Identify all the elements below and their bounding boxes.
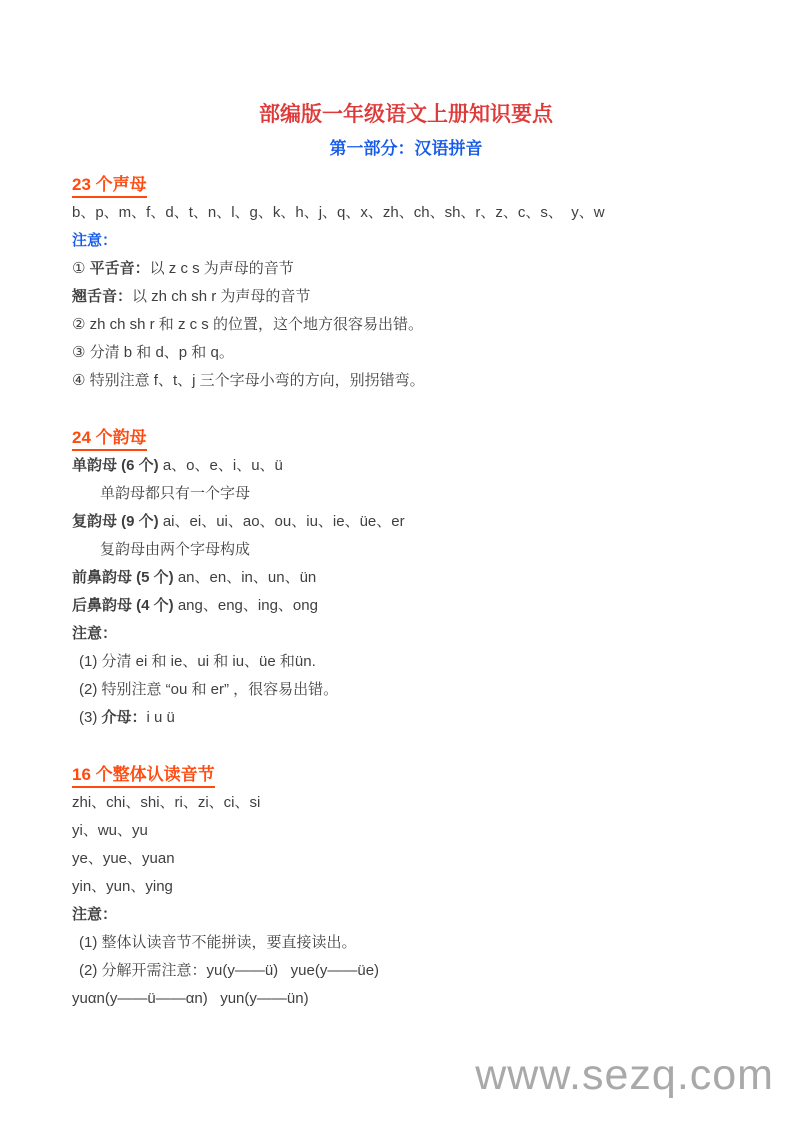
text-run: 以 zh ch sh r 为声母的音节: [132, 288, 310, 305]
text-run: a、o、e、i、u、ü: [163, 457, 283, 474]
text-run: 注意：: [72, 906, 117, 923]
text-run: (1) 整体认读音节不能拼读，要直接读出。: [79, 934, 357, 951]
section-heading: 23 个声母: [72, 175, 147, 198]
document-title: 部编版一年级语文上册知识要点: [72, 102, 740, 127]
text-line: ② zh ch sh r 和 z c s 的位置，这个地方很容易出错。: [72, 311, 740, 339]
section: 16 个整体认读音节zhi、chi、shi、ri、zi、ci、siyi、wu、y…: [72, 761, 740, 1013]
text-line: yin、yun、ying: [72, 873, 740, 901]
text-line: (2) 分解开需注意：yu(y——ü) yue(y——üe): [72, 957, 740, 985]
text-run: 介母：: [102, 709, 147, 726]
sections-container: 23 个声母b、p、m、f、d、t、n、l、g、k、h、j、q、x、zh、ch、…: [72, 171, 740, 1013]
text-run: 平舌音：: [90, 260, 150, 277]
text-run: ai、ei、ui、ao、ou、iu、ie、üe、er: [163, 513, 405, 530]
text-line: yuαn(y——ü——αn) yun(y——ün): [72, 985, 740, 1013]
text-run: 翘舌音：: [72, 288, 132, 305]
text-line: 单韵母都只有一个字母: [72, 480, 740, 508]
text-line: 复韵母 (9 个) ai、ei、ui、ao、ou、iu、ie、üe、er: [72, 508, 740, 536]
text-line: 注意：: [72, 620, 740, 648]
text-line: zhi、chi、shi、ri、zi、ci、si: [72, 789, 740, 817]
text-line: 注意：: [72, 227, 740, 255]
text-line: 注意：: [72, 901, 740, 929]
text-run: ang、eng、ing、ong: [178, 597, 318, 614]
text-run: 单韵母 (6 个): [72, 457, 163, 474]
text-line: 前鼻韵母 (5 个) an、en、in、un、ün: [72, 564, 740, 592]
text-line: ① 平舌音：以 z c s 为声母的音节: [72, 255, 740, 283]
text-run: i u ü: [147, 709, 175, 726]
section-heading: 24 个韵母: [72, 428, 147, 451]
text-run: ④ 特别注意 f、t、j 三个字母小弯的方向，别拐错弯。: [72, 372, 425, 389]
text-run: ①: [72, 260, 90, 277]
text-run: 以 z c s 为声母的音节: [150, 260, 294, 277]
part-heading: 第一部分：汉语拼音: [72, 138, 740, 160]
text-run: zhi、chi、shi、ri、zi、ci、si: [72, 794, 260, 811]
text-run: (2) 特别注意 “ou 和 er” ，很容易出错。: [79, 681, 338, 698]
text-run: (2) 分解开需注意：yu(y——ü) yue(y——üe): [79, 962, 379, 979]
text-run: yuαn(y——ü——αn) yun(y——ün): [72, 990, 309, 1007]
text-line: yi、wu、yu: [72, 817, 740, 845]
text-line: 翘舌音：以 zh ch sh r 为声母的音节: [72, 283, 740, 311]
text-line: 后鼻韵母 (4 个) ang、eng、ing、ong: [72, 592, 740, 620]
section-heading-row: 24 个韵母: [72, 424, 740, 452]
section: 23 个声母b、p、m、f、d、t、n、l、g、k、h、j、q、x、zh、ch、…: [72, 171, 740, 395]
text-run: 注意：: [72, 232, 117, 249]
text-line: (1) 分清 ei 和 ie、ui 和 iu、üe 和ün.: [72, 648, 740, 676]
text-line: (2) 特别注意 “ou 和 er” ，很容易出错。: [72, 676, 740, 704]
text-run: 复韵母 (9 个): [72, 513, 163, 530]
text-line: ④ 特别注意 f、t、j 三个字母小弯的方向，别拐错弯。: [72, 367, 740, 395]
text-run: 注意：: [72, 625, 117, 642]
text-run: yin、yun、ying: [72, 878, 173, 895]
text-line: ③ 分清 b 和 d、p 和 q。: [72, 339, 740, 367]
text-run: an、en、in、un、ün: [178, 569, 316, 586]
text-run: b、p、m、f、d、t、n、l、g、k、h、j、q、x、zh、ch、sh、r、z…: [72, 204, 605, 221]
text-run: 单韵母都只有一个字母: [100, 485, 250, 502]
text-line: ye、yue、yuan: [72, 845, 740, 873]
text-run: 后鼻韵母 (4 个): [72, 597, 178, 614]
text-run: (1) 分清 ei 和 ie、ui 和 iu、üe 和ün.: [79, 653, 316, 670]
text-run: ② zh ch sh r 和 z c s 的位置，这个地方很容易出错。: [72, 316, 423, 333]
document-page: 部编版一年级语文上册知识要点 第一部分：汉语拼音 23 个声母b、p、m、f、d…: [0, 0, 800, 1132]
section-heading-row: 16 个整体认读音节: [72, 761, 740, 789]
text-line: 单韵母 (6 个) a、o、e、i、u、ü: [72, 452, 740, 480]
watermark-text: www.sezq.com: [475, 1052, 774, 1098]
text-run: (3): [79, 709, 102, 726]
text-line: (3) 介母：i u ü: [72, 704, 740, 732]
text-line: (1) 整体认读音节不能拼读，要直接读出。: [72, 929, 740, 957]
text-run: 前鼻韵母 (5 个): [72, 569, 178, 586]
text-run: 复韵母由两个字母构成: [100, 541, 250, 558]
text-run: yi、wu、yu: [72, 822, 148, 839]
text-line: 复韵母由两个字母构成: [72, 536, 740, 564]
section: 24 个韵母单韵母 (6 个) a、o、e、i、u、ü单韵母都只有一个字母复韵母…: [72, 424, 740, 732]
text-line: b、p、m、f、d、t、n、l、g、k、h、j、q、x、zh、ch、sh、r、z…: [72, 199, 740, 227]
text-run: ye、yue、yuan: [72, 850, 175, 867]
text-run: ③ 分清 b 和 d、p 和 q。: [72, 344, 234, 361]
section-heading-row: 23 个声母: [72, 171, 740, 199]
section-heading: 16 个整体认读音节: [72, 765, 215, 788]
